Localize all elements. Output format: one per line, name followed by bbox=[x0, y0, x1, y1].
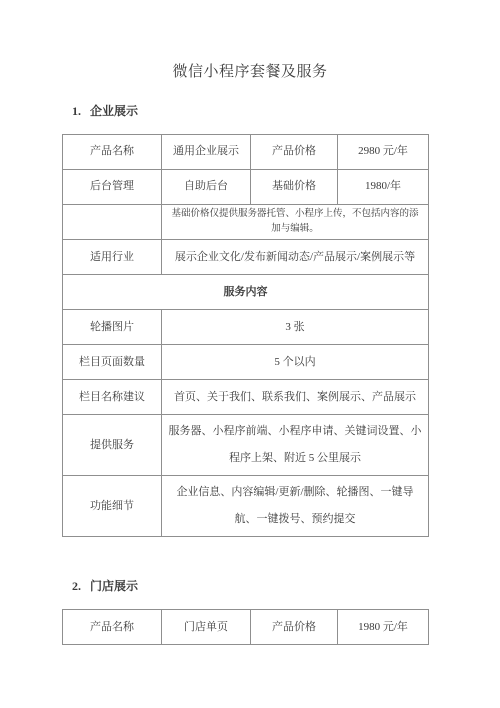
table-row-provided-services: 提供服务 服务器、小程序前端、小程序申请、关键词设置、小程序上架、附近 5 公里… bbox=[63, 415, 429, 476]
store-table: 产品名称 门店单页 产品价格 1980 元/年 bbox=[62, 609, 429, 645]
carousel-label: 轮播图片 bbox=[63, 310, 162, 345]
backend-value: 自助后台 bbox=[162, 170, 251, 205]
section-2-number: 2. bbox=[72, 579, 81, 594]
backend-label: 后台管理 bbox=[63, 170, 162, 205]
store-product-name-value: 门店单页 bbox=[162, 610, 251, 645]
service-content-header: 服务内容 bbox=[63, 275, 429, 310]
section-1-heading: 1.企业展示 bbox=[72, 102, 500, 119]
industry-label: 适用行业 bbox=[63, 240, 162, 275]
product-name-value: 通用企业展示 bbox=[162, 135, 251, 170]
section-1-number: 1. bbox=[72, 104, 81, 119]
industry-value: 展示企业文化/发布新闻动态/产品展示/案例展示等 bbox=[162, 240, 429, 275]
feature-details-value: 企业信息、内容编辑/更新/删除、轮播图、一键导航、一键拨号、预约提交 bbox=[162, 476, 429, 537]
document-title: 微信小程序套餐及服务 bbox=[0, 0, 500, 81]
table-row-store-product: 产品名称 门店单页 产品价格 1980 元/年 bbox=[63, 610, 429, 645]
table-row-service-header: 服务内容 bbox=[63, 275, 429, 310]
table-row-backend: 后台管理 自助后台 基础价格 1980/年 bbox=[63, 170, 429, 205]
table-row-column-names: 栏目名称建议 首页、关于我们、联系我们、案例展示、产品展示 bbox=[63, 380, 429, 415]
page-count-label: 栏目页面数量 bbox=[63, 345, 162, 380]
table-row-industry: 适用行业 展示企业文化/发布新闻动态/产品展示/案例展示等 bbox=[63, 240, 429, 275]
provided-services-value: 服务器、小程序前端、小程序申请、关键词设置、小程序上架、附近 5 公里展示 bbox=[162, 415, 429, 476]
table-row-carousel: 轮播图片 3 张 bbox=[63, 310, 429, 345]
provided-services-label: 提供服务 bbox=[63, 415, 162, 476]
table-row-feature-details: 功能细节 企业信息、内容编辑/更新/删除、轮播图、一键导航、一键拨号、预约提交 bbox=[63, 476, 429, 537]
store-product-price-label: 产品价格 bbox=[251, 610, 338, 645]
section-1-title: 企业展示 bbox=[90, 102, 138, 119]
document-page: 微信小程序套餐及服务 1.企业展示 产品名称 通用企业展示 产品价格 2980 … bbox=[0, 0, 500, 708]
empty-cell bbox=[63, 205, 162, 240]
product-name-label: 产品名称 bbox=[63, 135, 162, 170]
table-row-note: 基础价格仅提供服务器托管、小程序上传，不包括内容的添加与编辑。 bbox=[63, 205, 429, 240]
table-row-product: 产品名称 通用企业展示 产品价格 2980 元/年 bbox=[63, 135, 429, 170]
store-product-name-label: 产品名称 bbox=[63, 610, 162, 645]
column-names-label: 栏目名称建议 bbox=[63, 380, 162, 415]
base-price-value: 1980/年 bbox=[338, 170, 429, 205]
page-count-value: 5 个以内 bbox=[162, 345, 429, 380]
base-price-label: 基础价格 bbox=[251, 170, 338, 205]
section-2-title: 门店展示 bbox=[90, 577, 138, 594]
store-product-price-value: 1980 元/年 bbox=[338, 610, 429, 645]
product-price-label: 产品价格 bbox=[251, 135, 338, 170]
price-note: 基础价格仅提供服务器托管、小程序上传，不包括内容的添加与编辑。 bbox=[162, 205, 429, 240]
product-price-value: 2980 元/年 bbox=[338, 135, 429, 170]
table-row-page-count: 栏目页面数量 5 个以内 bbox=[63, 345, 429, 380]
carousel-value: 3 张 bbox=[162, 310, 429, 345]
feature-details-label: 功能细节 bbox=[63, 476, 162, 537]
section-2-heading: 2.门店展示 bbox=[72, 577, 500, 594]
enterprise-table: 产品名称 通用企业展示 产品价格 2980 元/年 后台管理 自助后台 基础价格… bbox=[62, 134, 429, 537]
column-names-value: 首页、关于我们、联系我们、案例展示、产品展示 bbox=[162, 380, 429, 415]
